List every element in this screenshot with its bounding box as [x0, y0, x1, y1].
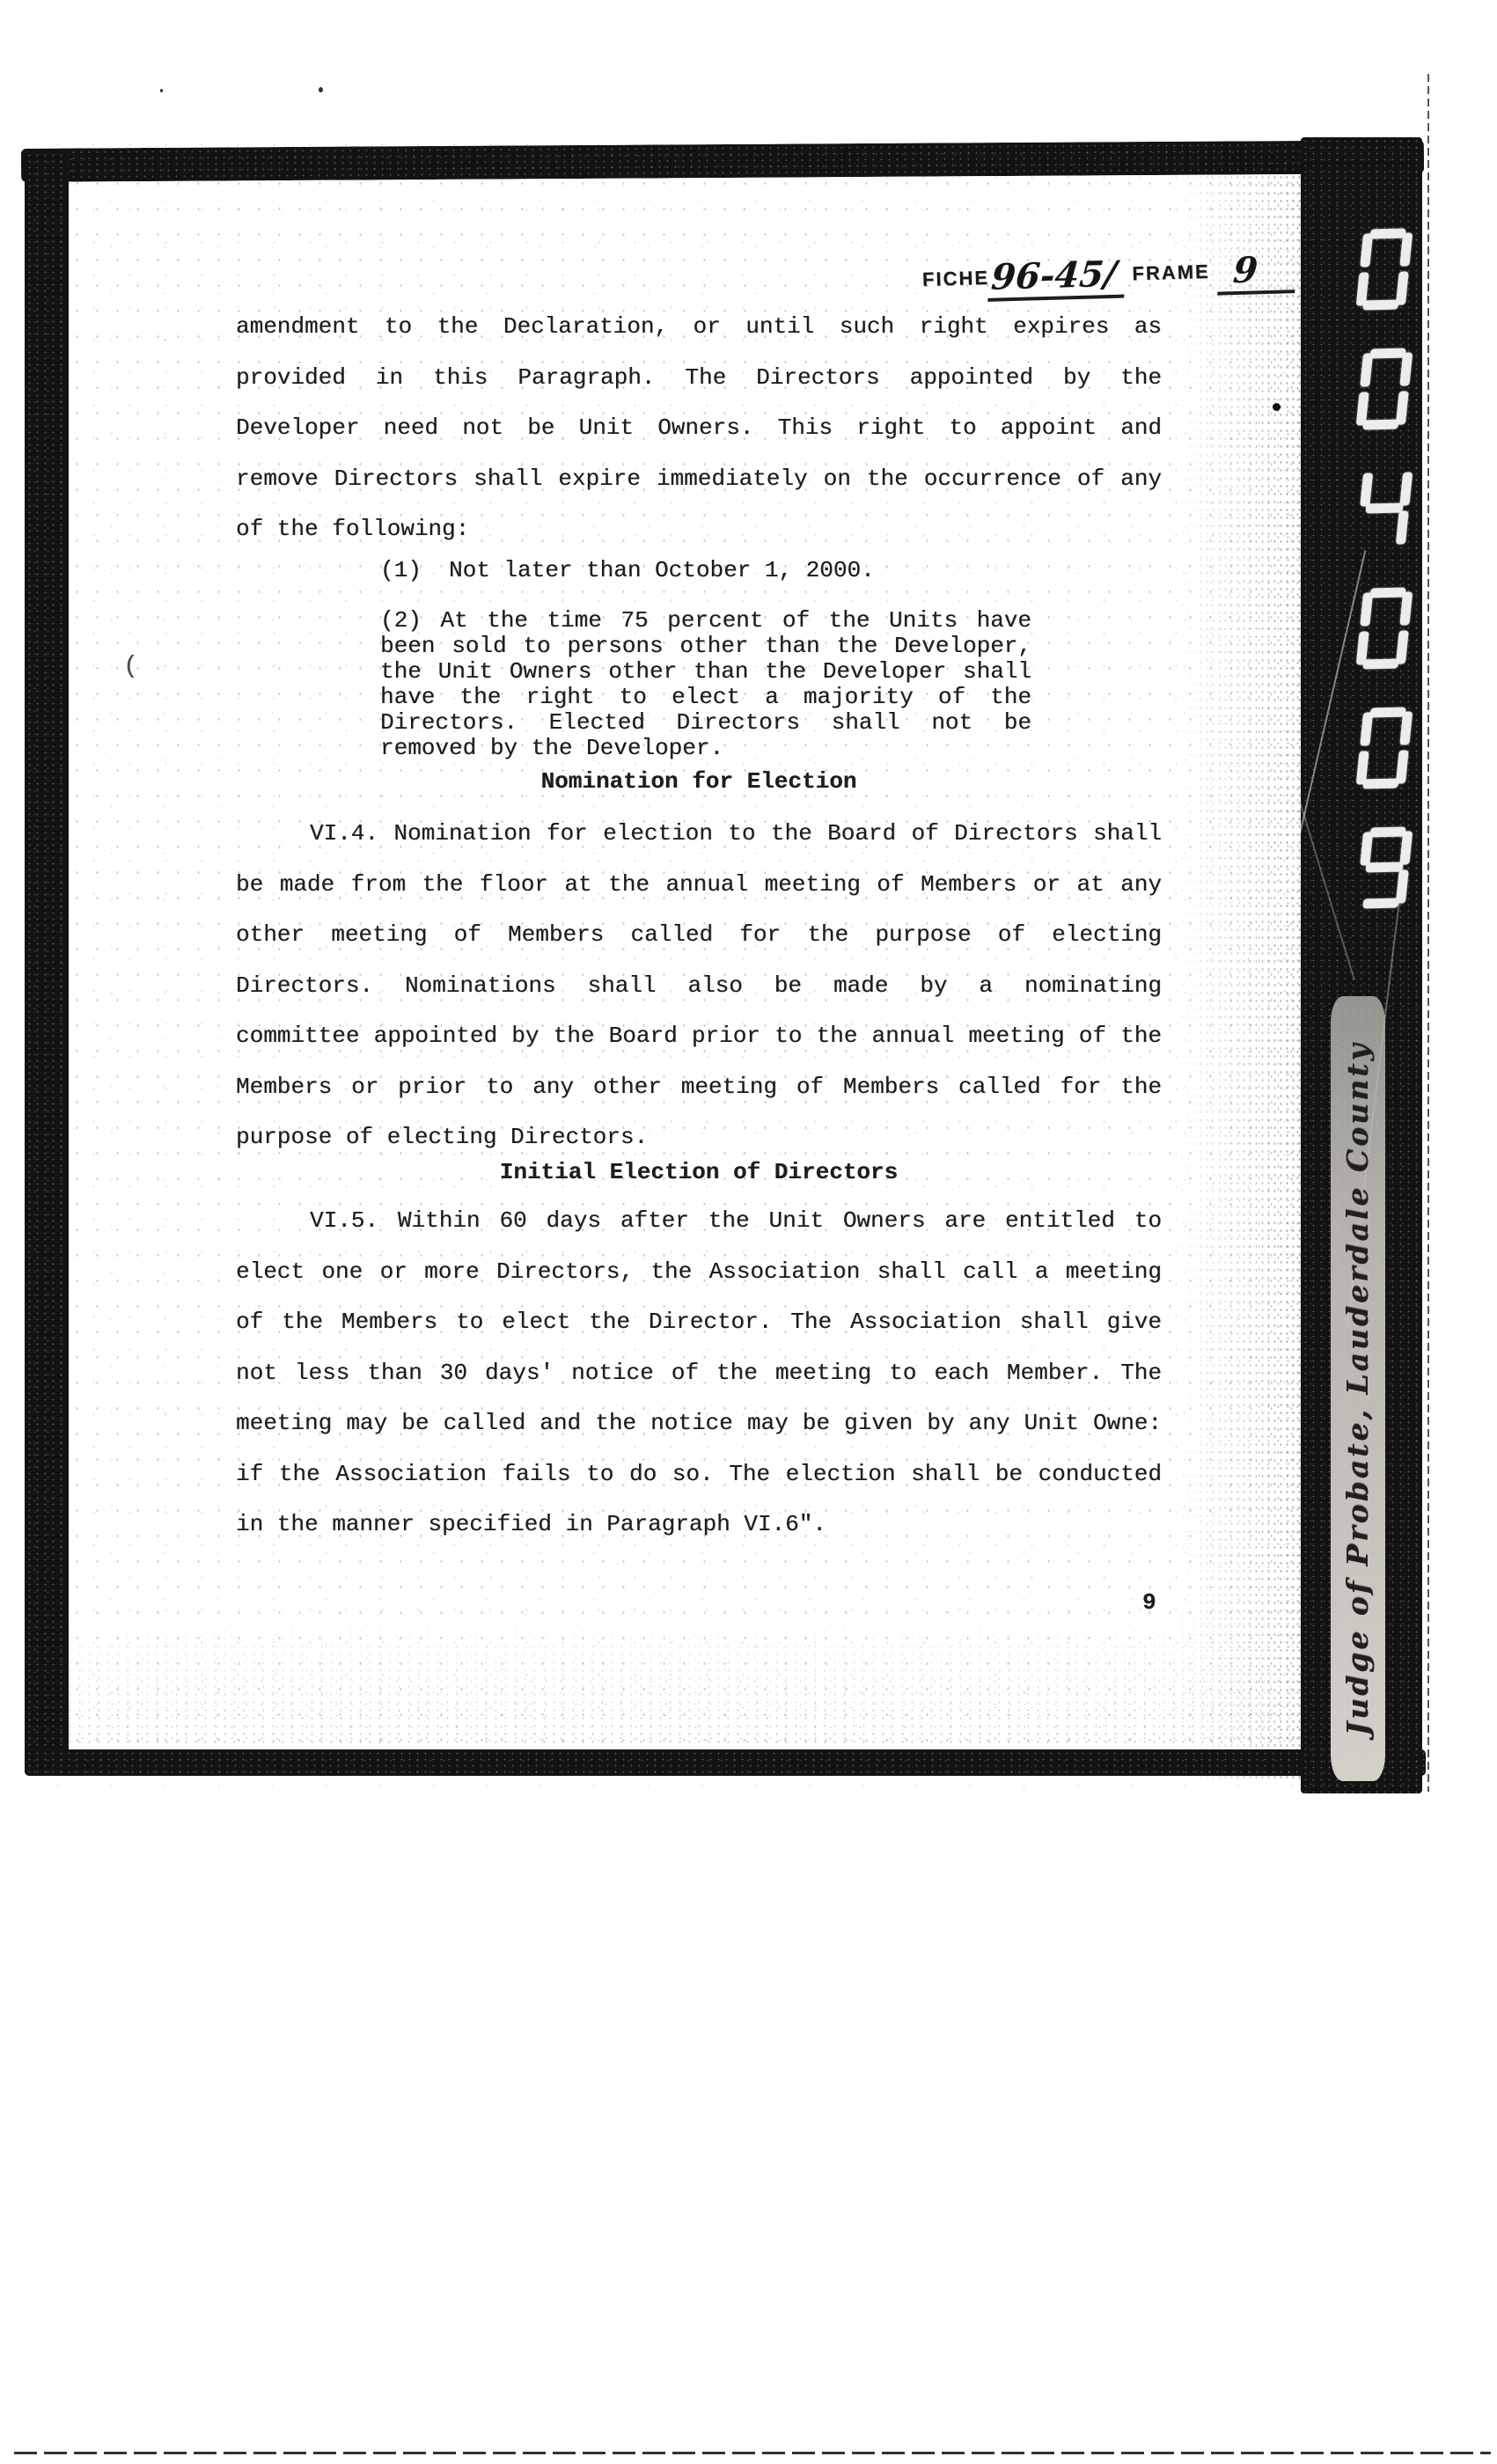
segment-digit-0 [1355, 228, 1413, 310]
scan-speckle-right [1172, 148, 1303, 1780]
fiche-frame-header: FICHE96-45/FRAME9 [921, 252, 1296, 304]
segment-digit-0 [1355, 587, 1413, 669]
paragraph-vi4: VI.4. Nomination for election to the Boa… [236, 809, 1162, 1163]
handwritten-margin-note: Judge of Probate, Lauderdale County [1331, 996, 1385, 1781]
segment-digit-0 [1355, 707, 1413, 788]
list-item-1: (1) Not later than October 1, 2000. [380, 557, 875, 583]
segment-digit-4 [1355, 467, 1413, 549]
frame-label: FRAME [1132, 260, 1210, 284]
photocopy-edge-band-top [21, 140, 1424, 182]
scan-dust-dot [160, 89, 163, 92]
fiche-label: FICHE [922, 267, 990, 290]
scan-dust-dot [319, 87, 323, 92]
section-heading-nomination: Nomination for Election [236, 768, 1162, 795]
scanned-document-page: Judge of Probate, Lauderdale County FICH… [0, 0, 1497, 2464]
segment-digit-9 [1355, 826, 1413, 908]
frame-number: 9 [1217, 252, 1297, 296]
bottom-scan-rule [14, 2452, 1491, 2454]
film-edge-line [1427, 74, 1429, 1792]
seven-segment-frame-counter [1360, 229, 1409, 947]
list-item-2: (2) At the time 75 percent of the Units … [380, 608, 1031, 761]
scan-dust-dot [1273, 403, 1281, 411]
paragraph-appointment-rights: amendment to the Declaration, or until s… [236, 302, 1162, 555]
handwritten-note-text: Judge of Probate, Lauderdale County [1331, 996, 1385, 1781]
section-heading-initial-election: Initial Election of Directors [236, 1159, 1162, 1185]
photocopy-edge-band-left [25, 151, 69, 1774]
stray-ink-mark: ( [123, 653, 138, 680]
photocopy-edge-band-bottom [25, 1749, 1426, 1776]
scan-speckle-bottom [53, 1602, 1294, 1747]
paragraph-vi5: VI.5. Within 60 days after the Unit Owne… [236, 1196, 1162, 1551]
fiche-number: 96-45/ [987, 256, 1126, 301]
segment-digit-0 [1355, 348, 1413, 429]
page-number: 9 [1142, 1589, 1156, 1616]
